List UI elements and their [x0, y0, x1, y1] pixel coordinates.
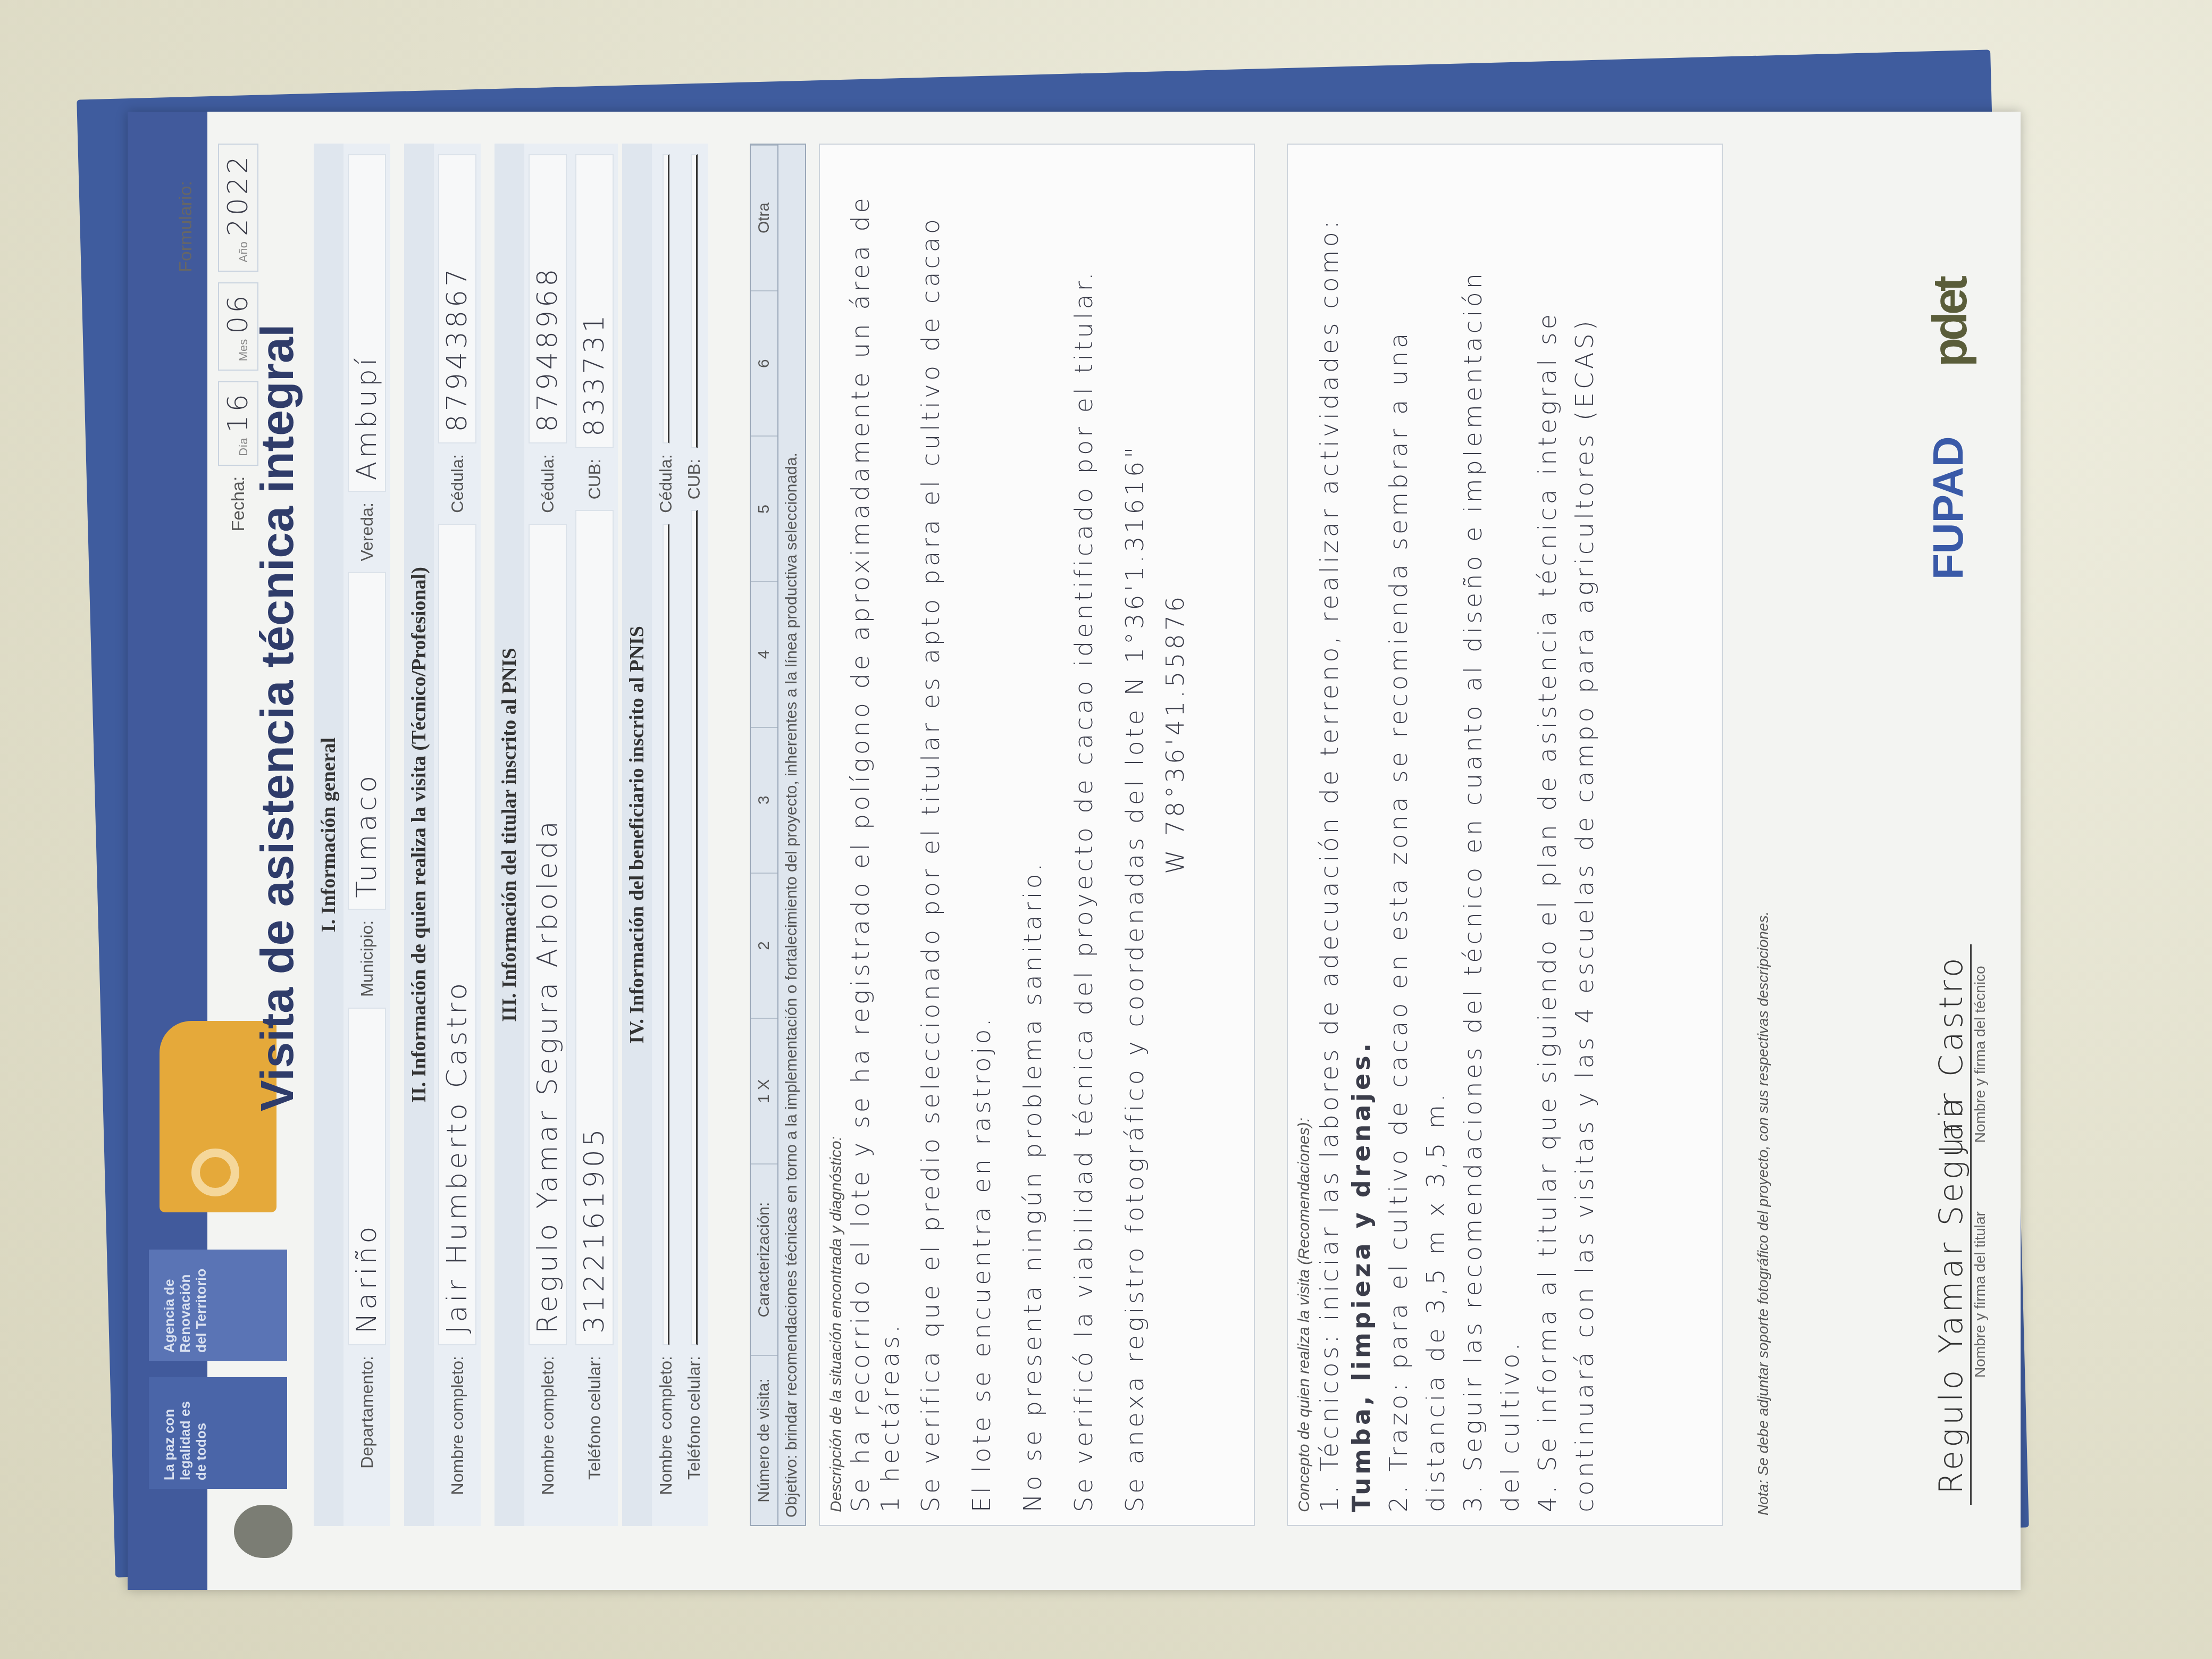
concepto-line: 3. Seguir las recomendaciones del técnic…: [1452, 157, 1494, 1512]
titular-cedula-field[interactable]: 87948968: [529, 154, 567, 443]
colombia-shield-icon: [234, 1505, 292, 1558]
visita-option-4[interactable]: 4: [751, 581, 777, 727]
section-title: IV. Información del beneficiario inscrit…: [622, 144, 652, 1526]
descripcion-line: 1 hectáreas.: [875, 157, 905, 1512]
titular-cedula-label: Cédula:: [538, 454, 558, 513]
beneficiario-nombre-field[interactable]: [663, 524, 669, 1345]
gov-logo: La paz con legalidad es de todos: [149, 1377, 287, 1489]
tecnico-nombre-label: Nombre completo:: [448, 1356, 467, 1515]
concepto-line: 4. Se informa al titular que siguiendo e…: [1526, 157, 1569, 1512]
concepto-line: del cultivo.: [1494, 157, 1526, 1512]
descripcion-line: W 78°36'41.55876: [1160, 157, 1190, 1512]
firma-tecnico-name: Jair Castro: [1933, 944, 1972, 1164]
tecnico-nombre-field[interactable]: Jair Humberto Castro: [438, 524, 476, 1345]
visita-option-5[interactable]: 5: [751, 435, 777, 581]
tecnico-cedula-field[interactable]: 87943867: [438, 154, 476, 443]
section-title: I. Información general: [314, 144, 343, 1526]
beneficiario-cub-label: CUB:: [684, 459, 704, 499]
concepto-line: Tumba, limpieza y drenajes.: [1345, 157, 1377, 1512]
objetivo-text: Objetivo: brindar recomendaciones técnic…: [778, 144, 806, 1526]
swirl-icon: [191, 1149, 239, 1196]
titular-telefono-field[interactable]: 3122161905: [575, 510, 614, 1345]
municipio-field[interactable]: Tumaco: [348, 572, 386, 910]
titular-telefono-label: Teléfono celular:: [585, 1356, 605, 1515]
descripcion-box[interactable]: Descripción de la situación encontrada y…: [819, 144, 1255, 1526]
document-page: La paz con legalidad es de todos Agencia…: [128, 112, 2021, 1590]
concepto-line: continuará con las visitas y las 4 escue…: [1569, 157, 1601, 1512]
pdet-logo: pdet: [1923, 279, 1978, 367]
visita-option-otra[interactable]: Otra: [751, 145, 777, 290]
anio-value[interactable]: 2022: [222, 153, 254, 236]
visita-option-1[interactable]: 1 X: [751, 1018, 777, 1163]
anio-label: Año: [237, 241, 250, 262]
tecnico-cedula-label: Cédula:: [448, 454, 467, 513]
descripcion-line: Se verificó la viabilidad técnica del pr…: [1058, 157, 1109, 1512]
beneficiario-cedula-field[interactable]: [663, 154, 669, 443]
section-tecnico: II. Información de quien realiza la visi…: [404, 144, 481, 1526]
dia-label: Día: [237, 438, 250, 456]
fupad-logo: FUPAD: [1924, 436, 1973, 580]
departamento-field[interactable]: Nariño: [348, 1008, 386, 1345]
titular-nombre-field[interactable]: Regulo Yamar Segura Arboleda: [529, 524, 567, 1345]
nota-text: Nota: Se debe adjuntar soporte fotográfi…: [1755, 911, 1772, 1515]
caracterizacion-label: Caracterización:: [751, 1163, 777, 1355]
section-titular: III. Información del titular inscrito al…: [495, 144, 618, 1526]
municipio-label: Municipio:: [357, 920, 377, 997]
mes-value[interactable]: 06: [222, 292, 254, 334]
fecha-label: Fecha:: [228, 476, 249, 532]
beneficiario-telefono-field[interactable]: [691, 510, 698, 1345]
titular-cub-field[interactable]: 833731: [575, 154, 614, 448]
firma-tecnico[interactable]: Jair Castro Nombre y firma del técnico: [1933, 944, 1989, 1164]
descripcion-line: Se anexa registro fotográfico y coordena…: [1109, 157, 1160, 1512]
beneficiario-cub-field[interactable]: [691, 154, 698, 448]
descripcion-line: Se ha recorrido el lote y se ha registra…: [845, 157, 875, 1512]
agency-logo: Agencia de Renovación del Territorio: [149, 1250, 287, 1361]
section-title: III. Información del titular inscrito al…: [495, 144, 524, 1526]
descripcion-line: El lote se encuentra en rastrojo.: [956, 157, 1007, 1512]
titular-nombre-label: Nombre completo:: [538, 1356, 558, 1515]
concepto-caption: Concepto de quien realiza la visita (Rec…: [1295, 157, 1313, 1512]
visita-option-2[interactable]: 2: [751, 873, 777, 1018]
concepto-box[interactable]: Concepto de quien realiza la visita (Rec…: [1287, 144, 1723, 1526]
section-beneficiario: IV. Información del beneficiario inscrit…: [622, 144, 708, 1526]
visita-option-6[interactable]: 6: [751, 290, 777, 436]
beneficiario-telefono-label: Teléfono celular:: [684, 1356, 704, 1515]
mes-label: Mes: [237, 339, 250, 362]
descripcion-caption: Descripción de la situación encontrada y…: [827, 157, 845, 1512]
beneficiario-cedula-label: Cédula:: [656, 454, 676, 513]
vereda-field[interactable]: Ambupí: [348, 154, 386, 492]
descripcion-line: Se verifica que el predio seleccionado p…: [905, 157, 956, 1512]
departamento-label: Departamento:: [357, 1356, 377, 1515]
firma-tecnico-label: Nombre y firma del técnico: [1972, 944, 1989, 1164]
descripcion-line: No se presenta ningún problema sanitario…: [1007, 157, 1058, 1512]
visita-option-3[interactable]: 3: [751, 727, 777, 873]
beneficiario-nombre-label: Nombre completo:: [656, 1356, 676, 1515]
titular-cub-label: CUB:: [585, 459, 605, 499]
page-title: Visita de asistencia técnica integral: [250, 324, 304, 1111]
section-general: I. Información general Departamento: Nar…: [314, 144, 390, 1526]
section-title: II. Información de quien realiza la visi…: [404, 144, 434, 1526]
concepto-line: distancia de 3,5 m x 3,5 m.: [1420, 157, 1452, 1512]
visita-table: Número de visita: Caracterización: 1 X 2…: [750, 144, 806, 1526]
vereda-label: Vereda:: [357, 502, 377, 561]
dia-value[interactable]: 16: [222, 391, 254, 432]
numero-visita-label: Número de visita:: [751, 1355, 777, 1525]
formulario-label: Formulario:: [175, 181, 196, 272]
concepto-line: 1. Técnicos: iniciar las labores de adec…: [1313, 157, 1345, 1512]
concepto-line: 2. Trazo: para el cultivo de cacao en es…: [1377, 157, 1420, 1512]
